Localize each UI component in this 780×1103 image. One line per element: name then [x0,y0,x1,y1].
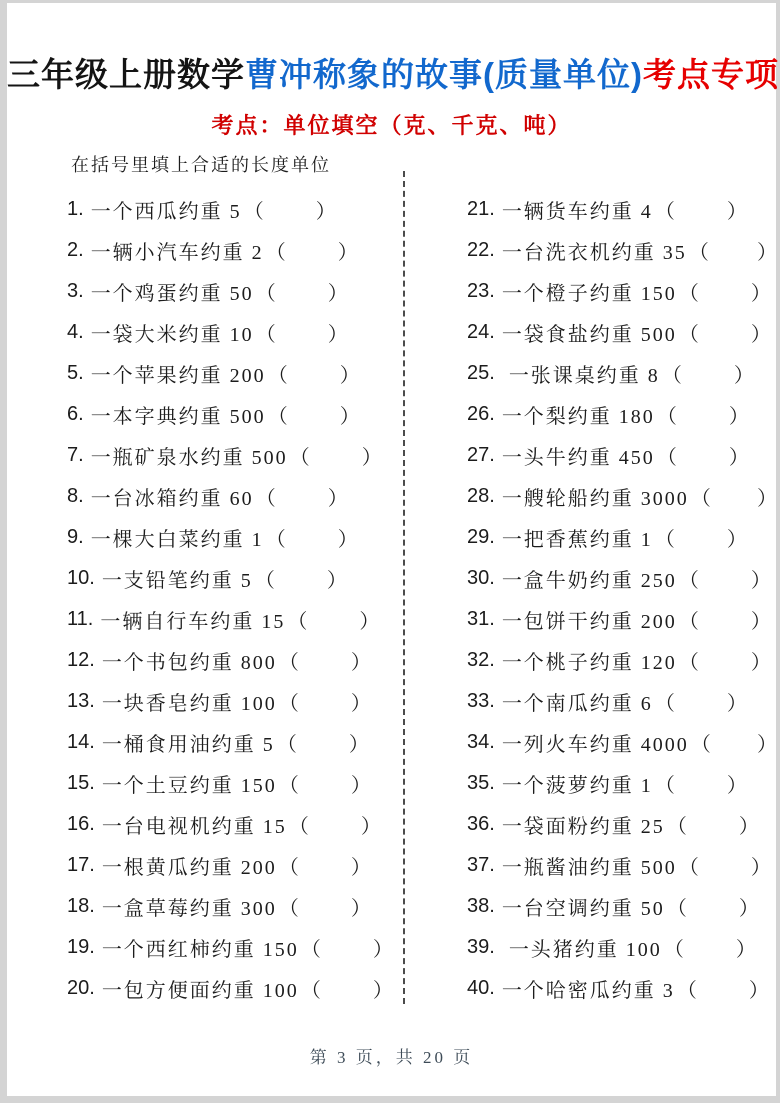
paren-close: ） [340,359,360,388]
worksheet-item: 24.一袋食盐约重 500（） [467,312,777,353]
item-number: 20. [67,977,95,1000]
item-number: 39. [467,936,495,959]
paren-open: （ [244,195,264,224]
item-text: 一本字典约重 500 [91,400,266,429]
paren-open: （ [268,359,288,388]
column-divider-dashed-line [403,171,405,1004]
answer-blank [675,537,725,538]
paren-close: ） [751,318,771,347]
worksheet-item: 34.一列火车约重 4000（） [467,722,777,763]
item-number: 19. [67,936,95,959]
worksheet-item: 19.一个西红柿约重 150（） [67,927,397,968]
paren-open: （ [657,441,677,470]
answer-blank [699,578,749,579]
item-text: 一个桃子约重 120 [502,646,677,675]
item-text: 一列火车约重 4000 [502,728,689,757]
item-text: 一块香皂约重 100 [102,687,277,716]
worksheet-page: 三年级上册数学曹冲称象的故事(质量单位)考点专项 考点：单位填空（克、千克、吨）… [7,3,776,1096]
worksheet-item: 1.一个西瓜约重 5（） [67,189,397,230]
answer-blank [684,947,734,948]
paren-close: ） [351,687,371,716]
paren-open: （ [255,564,275,593]
title-grade-part: 三年级上册数学 [7,56,245,93]
item-number: 9. [67,526,84,549]
paren-open: （ [301,933,321,962]
item-text: 一个土豆约重 150 [102,769,277,798]
paren-close: ） [373,933,393,962]
paren-close: ） [351,892,371,921]
item-text: 一袋大米约重 10 [91,318,254,347]
answer-blank [699,291,749,292]
worksheet-item: 36.一袋面粉约重 25（） [467,804,777,845]
item-number: 35. [467,772,495,795]
paren-close: ） [727,195,747,224]
paren-open: （ [277,728,297,757]
paren-close: ） [757,236,777,265]
item-text: 一辆自行车约重 15 [100,605,285,634]
answer-blank [675,783,725,784]
item-number: 21. [467,198,495,221]
item-text: 一瓶酱油约重 500 [502,851,677,880]
item-text: 一台电视机约重 15 [102,810,287,839]
item-number: 34. [467,731,495,754]
worksheet-item: 9.一棵大白菜约重 1（） [67,517,397,558]
item-text: 一个菠萝约重 1 [502,769,653,798]
item-text: 一个西红柿约重 150 [102,933,299,962]
item-text: 一根黄瓜约重 200 [102,851,277,880]
paren-open: （ [655,523,675,552]
worksheet-item: 26.一个梨约重 180（） [467,394,777,435]
answer-blank [687,824,737,825]
paren-close: ） [749,974,769,1003]
item-number: 8. [67,485,84,508]
item-text: 一个鸡蛋约重 50 [91,277,254,306]
paren-open: （ [691,728,711,757]
item-text: 一台洗衣机约重 35 [502,236,687,265]
paren-close: ） [340,400,360,429]
item-text: 一个西瓜约重 5 [91,195,242,224]
item-number: 26. [467,403,495,426]
paren-open: （ [679,851,699,880]
item-number: 4. [67,321,84,344]
left-question-column: 1.一个西瓜约重 5（） 2.一辆小汽车约重 2（） 3.一个鸡蛋约重 50（）… [67,189,397,1009]
paren-close: ） [359,605,379,634]
worksheet-item: 23.一个橙子约重 150（） [467,271,777,312]
worksheet-item: 7.一瓶矿泉水约重 500（） [67,435,397,476]
paren-open: （ [289,810,309,839]
paren-close: ） [751,564,771,593]
item-number: 25. [467,362,495,385]
answer-blank [321,947,371,948]
item-text: 一支铅笔约重 5 [102,564,253,593]
item-number: 24. [467,321,495,344]
answer-blank [677,455,727,456]
item-number: 12. [67,649,95,672]
paren-open: （ [667,810,687,839]
paren-close: ） [729,441,749,470]
paren-open: （ [679,277,699,306]
paren-open: （ [268,400,288,429]
worksheet-item: 30.一盒牛奶约重 250（） [467,558,777,599]
answer-blank [297,742,347,743]
paren-close: ） [351,851,371,880]
item-text: 一台冰箱约重 60 [91,482,254,511]
paren-close: ） [734,359,754,388]
worksheet-item: 38.一台空调约重 50（） [467,886,777,927]
item-number: 36. [467,813,495,836]
item-text: 一盒草莓约重 300 [102,892,277,921]
item-text: 一盒牛奶约重 250 [502,564,677,593]
paren-open: （ [266,236,286,265]
item-number: 7. [67,444,84,467]
paren-open: （ [679,646,699,675]
paren-close: ） [328,482,348,511]
answer-blank [299,701,349,702]
paren-close: ） [757,482,777,511]
answer-blank [711,742,755,743]
answer-blank [687,906,737,907]
paren-open: （ [689,236,709,265]
item-text: 一袋面粉约重 25 [502,810,665,839]
paren-close: ） [739,810,759,839]
worksheet-item: 37.一瓶酱油约重 500（） [467,845,777,886]
paren-close: ） [327,564,347,593]
paren-open: （ [256,277,276,306]
item-number: 2. [67,239,84,262]
paren-open: （ [667,892,687,921]
paren-open: （ [301,974,321,1003]
title-topic-part: 曹冲称象的故事(质量单位) [245,56,643,93]
paren-close: ） [751,646,771,675]
answer-blank [275,578,325,579]
answer-blank [699,332,749,333]
answer-blank [321,988,371,989]
item-text: 一个哈密瓜约重 3 [502,974,675,1003]
answer-blank [677,414,727,415]
paren-close: ） [751,851,771,880]
right-question-column: 21.一辆货车约重 4（） 22.一台洗衣机约重 35（） 23.一个橙子约重 … [467,189,777,1009]
paren-open: （ [290,441,310,470]
worksheet-item: 18.一盒草莓约重 300（） [67,886,397,927]
item-number: 27. [467,444,495,467]
paren-open: （ [279,769,299,798]
item-number: 22. [467,239,495,262]
paren-close: ） [361,810,381,839]
paren-open: （ [279,892,299,921]
paren-close: ） [727,523,747,552]
answer-blank [699,865,749,866]
paren-close: ） [328,277,348,306]
paren-close: ） [362,441,382,470]
item-number: 14. [67,731,95,754]
worksheet-item: 33.一个南瓜约重 6（） [467,681,777,722]
answer-blank [299,660,349,661]
instruction-text: 在括号里填上合适的长度单位 [7,151,776,177]
item-text: 一艘轮船约重 3000 [502,482,689,511]
worksheet-item: 28.一艘轮船约重 3000（） [467,476,777,517]
paren-open: （ [279,646,299,675]
paren-close: ） [729,400,749,429]
answer-blank [299,906,349,907]
page-title: 三年级上册数学曹冲称象的故事(质量单位)考点专项 [7,3,776,96]
worksheet-item: 11.一辆自行车约重 15（） [67,599,397,640]
paren-close: ） [751,277,771,306]
item-number: 30. [467,567,495,590]
worksheet-item: 20.一包方便面约重 100（） [67,968,397,1009]
item-text: 一包饼干约重 200 [502,605,677,634]
worksheet-item: 5.一个苹果约重 200（） [67,353,397,394]
answer-blank [276,496,326,497]
paren-close: ） [739,892,759,921]
paren-open: （ [679,605,699,634]
item-number: 18. [67,895,95,918]
item-number: 37. [467,854,495,877]
item-number: 23. [467,280,495,303]
worksheet-item: 17.一根黄瓜约重 200（） [67,845,397,886]
worksheet-item: 2.一辆小汽车约重 2（） [67,230,397,271]
item-number: 3. [67,280,84,303]
paren-open: （ [679,564,699,593]
item-number: 10. [67,567,95,590]
paren-open: （ [279,851,299,880]
worksheet-item: 22.一台洗衣机约重 35（） [467,230,777,271]
item-text: 一头猪约重 100 [502,933,662,962]
item-number: 1. [67,198,84,221]
item-text: 一袋食盐约重 500 [502,318,677,347]
answer-blank [264,209,314,210]
worksheet-item: 35.一个菠萝约重 1（） [467,763,777,804]
answer-blank [299,783,349,784]
item-number: 16. [67,813,95,836]
worksheet-item: 21.一辆货车约重 4（） [467,189,777,230]
item-number: 40. [467,977,495,1000]
answer-blank [711,496,755,497]
item-text: 一张课桌约重 8 [502,359,660,388]
answer-blank [276,332,326,333]
page-number-footer: 第 3 页，共 20 页 [7,1043,776,1068]
answer-blank [299,865,349,866]
item-number: 15. [67,772,95,795]
paren-open: （ [287,605,307,634]
paren-open: （ [256,482,276,511]
item-text: 一台空调约重 50 [502,892,665,921]
paren-close: ） [338,236,358,265]
paren-close: ） [351,646,371,675]
item-number: 33. [467,690,495,713]
answer-blank [286,250,336,251]
worksheet-item: 4.一袋大米约重 10（） [67,312,397,353]
answer-blank [309,824,359,825]
item-number: 13. [67,690,95,713]
worksheet-item: 10.一支铅笔约重 5（） [67,558,397,599]
paren-close: ） [328,318,348,347]
worksheet-item: 3.一个鸡蛋约重 50（） [67,271,397,312]
item-text: 一辆小汽车约重 2 [91,236,264,265]
worksheet-item: 12.一个书包约重 800（） [67,640,397,681]
answer-blank [307,619,357,620]
answer-blank [288,414,338,415]
worksheet-item: 27.一头牛约重 450（） [467,435,777,476]
subtitle-exam-point: 考点：单位填空（克、千克、吨） [7,109,776,140]
paren-open: （ [677,974,697,1003]
paren-close: ） [338,523,358,552]
item-text: 一个书包约重 800 [102,646,277,675]
paren-close: ） [373,974,393,1003]
worksheet-item: 8.一台冰箱约重 60（） [67,476,397,517]
paren-open: （ [662,359,682,388]
worksheet-item: 16.一台电视机约重 15（） [67,804,397,845]
paren-close: ） [316,195,336,224]
paren-close: ） [727,769,747,798]
answer-blank [276,291,326,292]
item-number: 6. [67,403,84,426]
answer-blank [699,660,749,661]
answer-blank [675,209,725,210]
worksheet-item: 25. 一张课桌约重 8（） [467,353,777,394]
item-text: 一棵大白菜约重 1 [91,523,264,552]
paren-close: ） [351,769,371,798]
answer-blank [310,455,360,456]
worksheet-item: 40.一个哈密瓜约重 3（） [467,968,777,1009]
worksheet-item: 13.一块香皂约重 100（） [67,681,397,722]
item-text: 一瓶矿泉水约重 500 [91,441,288,470]
worksheet-item: 39. 一头猪约重 100（） [467,927,777,968]
item-number: 11. [67,608,93,631]
item-number: 17. [67,854,95,877]
item-number: 5. [67,362,84,385]
item-number: 32. [467,649,495,672]
paren-open: （ [664,933,684,962]
answer-blank [682,373,732,374]
paren-open: （ [279,687,299,716]
paren-open: （ [266,523,286,552]
worksheet-item: 29.一把香蕉约重 1（） [467,517,777,558]
item-text: 一桶食用油约重 5 [102,728,275,757]
worksheet-item: 6.一本字典约重 500（） [67,394,397,435]
paren-open: （ [655,195,675,224]
paren-open: （ [679,318,699,347]
item-text: 一辆货车约重 4 [502,195,653,224]
answer-blank [697,988,747,989]
item-text: 一个南瓜约重 6 [502,687,653,716]
paren-close: ） [727,687,747,716]
worksheet-item: 14.一桶食用油约重 5（） [67,722,397,763]
item-number: 29. [467,526,495,549]
paren-close: ） [349,728,369,757]
worksheet-item: 32.一个桃子约重 120（） [467,640,777,681]
item-text: 一包方便面约重 100 [102,974,299,1003]
item-text: 一头牛约重 450 [502,441,655,470]
item-text: 一个苹果约重 200 [91,359,266,388]
answer-blank [699,619,749,620]
paren-open: （ [256,318,276,347]
paren-close: ） [757,728,777,757]
title-exam-part: 考点专项 [643,56,779,93]
item-text: 一个橙子约重 150 [502,277,677,306]
item-number: 28. [467,485,495,508]
answer-blank [675,701,725,702]
answer-blank [286,537,336,538]
paren-open: （ [691,482,711,511]
worksheet-item: 15.一个土豆约重 150（） [67,763,397,804]
item-text: 一个梨约重 180 [502,400,655,429]
paren-close: ） [751,605,771,634]
answer-blank [288,373,338,374]
answer-blank [709,250,755,251]
item-number: 31. [467,608,495,631]
item-text: 一把香蕉约重 1 [502,523,653,552]
item-number: 38. [467,895,495,918]
paren-close: ） [736,933,756,962]
paren-open: （ [655,769,675,798]
paren-open: （ [655,687,675,716]
worksheet-item: 31.一包饼干约重 200（） [467,599,777,640]
paren-open: （ [657,400,677,429]
